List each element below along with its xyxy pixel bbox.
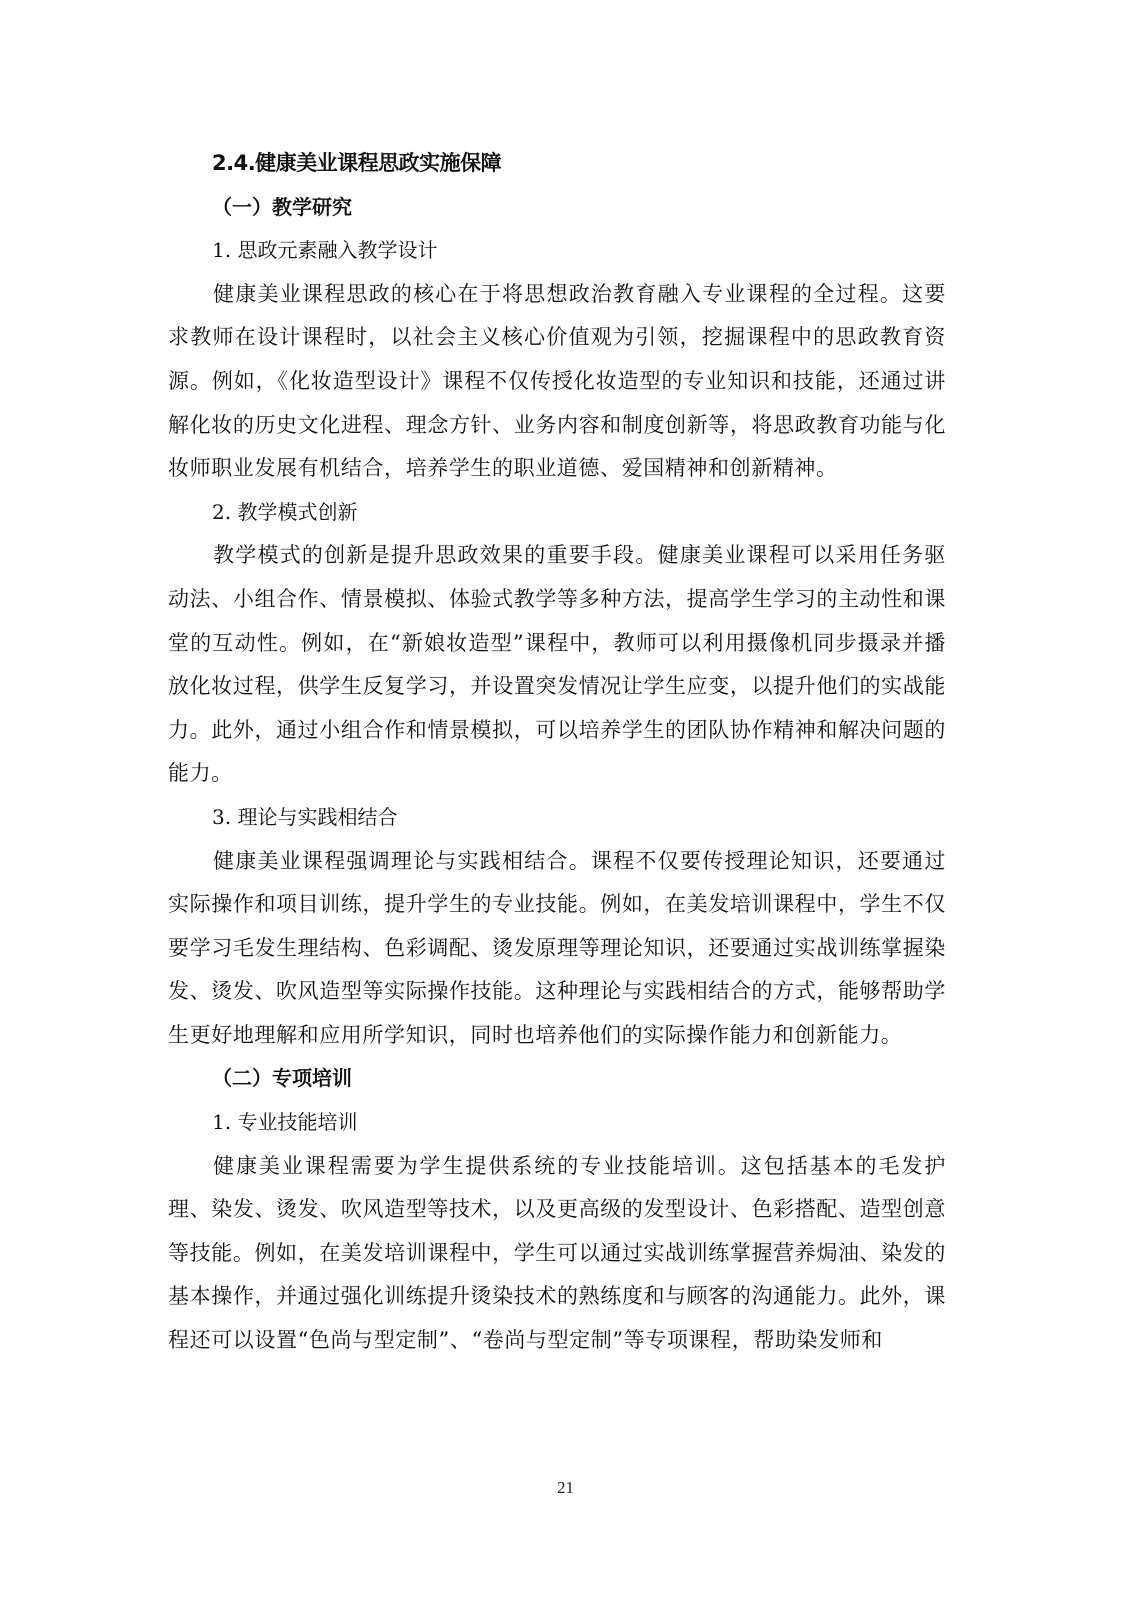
paragraph: 健康美业课程强调理论与实践相结合。课程不仅要传授理论知识，还要通过实际操作和项目… [168,840,946,1058]
item-heading: 1. 专业技能培训 [212,1101,946,1145]
paragraph: 健康美业课程需要为学生提供系统的专业技能培训。这包括基本的毛发护理、染发、烫发、… [168,1145,946,1363]
item-heading: 1. 思政元素融入教学设计 [212,229,946,273]
item-heading: 2. 教学模式创新 [212,491,946,535]
paragraph: 健康美业课程思政的核心在于将思想政治教育融入专业课程的全过程。这要求教师在设计课… [168,273,946,491]
paragraph: 教学模式的创新是提升思政效果的重要手段。健康美业课程可以采用任务驱动法、小组合作… [168,534,946,796]
page-content: 2.4.健康美业课程思政实施保障 （一）教学研究 1. 思政元素融入教学设计 健… [168,142,946,1363]
page-number: 21 [0,1478,1131,1498]
subsection-title: （二）专项培训 [212,1057,946,1101]
subsection-title: （一）教学研究 [212,186,946,230]
section-title: 2.4.健康美业课程思政实施保障 [212,142,946,186]
item-heading: 3. 理论与实践相结合 [212,796,946,840]
document-page: 2.4.健康美业课程思政实施保障 （一）教学研究 1. 思政元素融入教学设计 健… [0,0,1131,1600]
